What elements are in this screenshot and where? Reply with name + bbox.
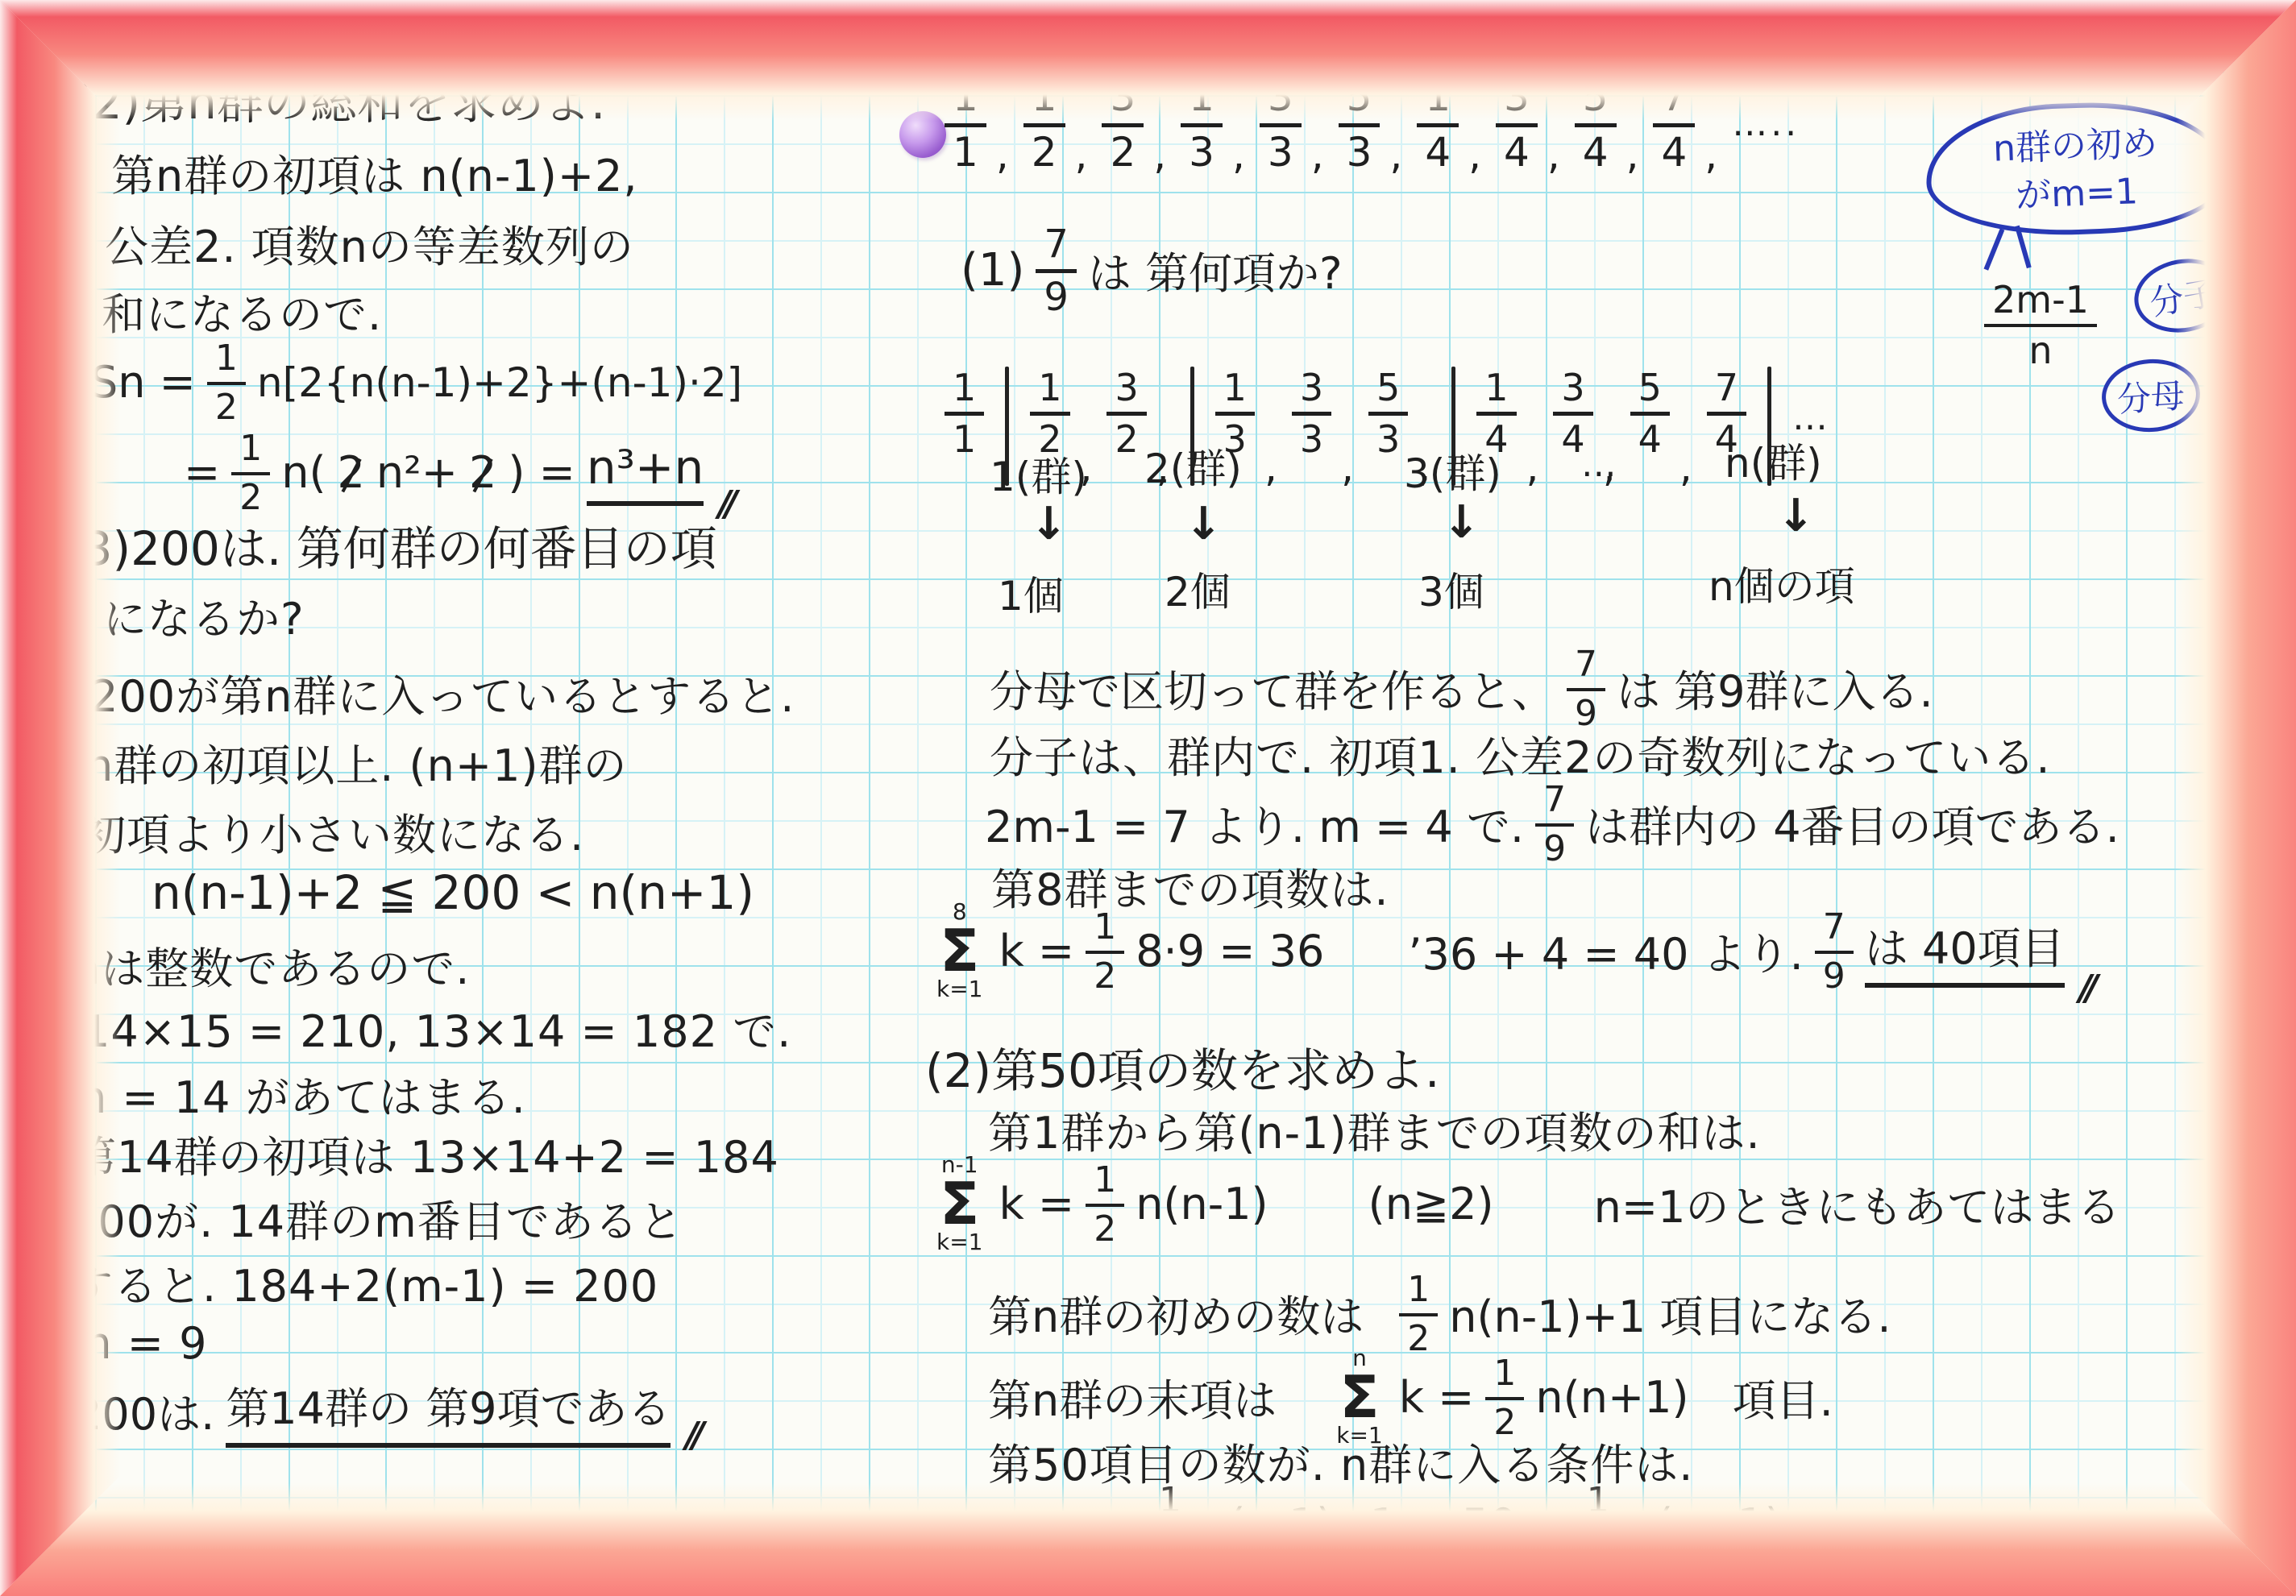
left-heading-2: (2)第n群の総和を求めよ. (74, 64, 605, 132)
l2-text-a: 第n群の初めの数は (988, 1283, 1364, 1345)
down-arrow-icon: ↓ (1030, 498, 1068, 550)
left-heading-3: (3)200は. 第何群の何番目の項 (64, 511, 717, 578)
fraction: 12 (1023, 74, 1065, 173)
fraction: 53 (1339, 74, 1381, 173)
general-term-fraction: 2m-1n (1984, 279, 2097, 371)
summation-sigma: n-1Σk=1 (936, 1154, 983, 1254)
cancelled-two: 2 (469, 447, 496, 498)
fraction: 33 (1292, 367, 1331, 459)
fraction: 74 (1653, 74, 1695, 173)
left-line: 200が. 14群のm番目であると (69, 1188, 683, 1250)
fraction: 13 (1181, 74, 1223, 173)
qed-slashes: // (718, 483, 731, 524)
sn-eq: k = (999, 1179, 1075, 1229)
left-line: になるか? (103, 585, 305, 647)
sn-rest: n(n-1) (1136, 1179, 1268, 1229)
legend-count-2: 2個 (1165, 560, 1231, 618)
fraction: 32 (1102, 74, 1144, 173)
speech-bubble-note: n群の初め がm=1 (1924, 98, 2227, 240)
sn-lhs: Sn = (90, 357, 196, 408)
question-1: (1) 79 は 第何項か? (961, 222, 1343, 318)
fraction: 12 (207, 338, 246, 426)
sn-rhs: n[2{n(n-1)+2}+(n-1)·2] (257, 359, 742, 406)
legend-count-1: 1個 (998, 564, 1064, 622)
sn-note: n=1のときにもあてはまる (1594, 1173, 2121, 1235)
s8-conclusion-underlined: は 40項目 (1865, 914, 2065, 988)
fraction-sequence-row1: 11, 12, 32, 13, 33, 53, 14, 34, 54, 74, … (945, 74, 1800, 173)
l2-text-b: n(n-1)+1 項目になる. (1449, 1283, 1891, 1345)
conclusion-underlined: 第14群の 第9項である (226, 1374, 671, 1448)
fraction: 33 (1260, 74, 1302, 173)
inequality-200: n(n-1)+2 ≦ 200 < n(n+1) (152, 865, 754, 920)
s2-rest: n(n+1) (1535, 1372, 1688, 1423)
final-inequality: 12 n(n-1)+1 ≦ 50 ≦ 12 n(n+1) (1151, 1481, 1782, 1569)
legend-ellipsis: ⋯ (1581, 453, 1620, 494)
left-line: 14×15 = 210, 13×14 = 182 で. (82, 997, 791, 1059)
fraction: 34 (1496, 74, 1538, 173)
sn2-part: n²+ (376, 447, 458, 498)
l3-text-a: 第n群の末項は (988, 1366, 1277, 1428)
para-numerator-odd-sequence: 分子は、群内で. 初項1. 公差2の奇数列になっている. (990, 723, 2051, 786)
left-line: 第n群の初項は n(n-1)+2, (111, 142, 638, 204)
s8-conclusion-a: ’36 + 4 = 40 より. (1408, 920, 1803, 982)
fraction: 12 (1086, 907, 1124, 995)
frame-edge-right (2175, 0, 2296, 1596)
p1-text-b: は 第9群に入る. (1617, 657, 1933, 719)
s8-rest: 8·9 = 36 (1136, 926, 1324, 976)
comma: , (1232, 131, 1245, 178)
formula-sn-line2: = 12 n(2n²+2) = n³+n // (184, 429, 731, 516)
left-line: 和になるので. (102, 280, 382, 342)
fraction: 54 (1630, 367, 1670, 459)
legend-group-3: 3(群) (1404, 441, 1501, 500)
comma: , (996, 131, 1009, 178)
para-denominator-groups: 分母で区切って群を作ると、 79 は 第9群に入る. (990, 645, 1933, 732)
left-line: 初項より小さい数になる. (82, 801, 584, 863)
down-arrow-icon: ↓ (1443, 496, 1480, 549)
comma: , (1264, 444, 1277, 491)
comma: , (1153, 131, 1166, 178)
down-arrow-icon: ↓ (1777, 490, 1815, 542)
comma: , (1389, 131, 1402, 178)
qed-slashes: // (2079, 968, 2092, 1009)
comma: , (1468, 131, 1481, 178)
q1-label: (1) (961, 244, 1024, 296)
legend-count-n: n個の項 (1709, 554, 1855, 612)
left-line: 200が第n群に入っているとすると. (90, 662, 795, 724)
q2-first-number-line: 第n群の初めの数は 12 n(n-1)+1 項目になる. (988, 1270, 1891, 1358)
fraction: 14 (1417, 74, 1459, 173)
comma: , (1311, 131, 1324, 178)
left-line: 公差2. 項数nの等差数列の (105, 213, 634, 275)
fraction: 79 (1567, 645, 1605, 732)
comma: , (1679, 444, 1692, 491)
purple-bullet-sphere-icon (899, 111, 946, 158)
left-line: n = 14 があてはまる. (79, 1063, 526, 1125)
fraction: 53 (1368, 367, 1408, 459)
comma: , (1626, 131, 1639, 178)
fraction: 12 (1579, 1481, 1617, 1569)
conclusion-prefix: 200は. (74, 1380, 214, 1442)
sum-group8-line: 8Σk=1 k = 12 8·9 = 36 ’36 + 4 = 40 より. 7… (936, 901, 2092, 1001)
left-line: n群の初項以上. (n+1)群の (85, 732, 628, 794)
p3-text-b: は群内の 4番目の項である. (1585, 793, 2120, 855)
circled-numerator-label: 分子 (2128, 251, 2238, 340)
fraction: 79 (1535, 780, 1574, 868)
fin-text-2: n(n+1) (1629, 1499, 1782, 1550)
legend-group-n: n(群) (1725, 431, 1822, 489)
result-underlined: n³+n (587, 440, 704, 506)
q1-text: は 第何項か? (1088, 239, 1343, 301)
frame-edge-bottom (0, 1483, 2296, 1596)
sum-n-minus-1-line: n-1Σk=1 k = 12 n(n-1) (n≧2) n=1のときにもあてはま… (936, 1154, 2120, 1254)
fraction: 12 (1399, 1270, 1438, 1358)
left-line: nは整数であるので. (73, 935, 470, 997)
para-2m-1: 2m-1 = 7 より. m = 4 で. 79 は群内の 4番目の項である. (985, 780, 2120, 868)
left-line: 第14群の初項は 13×14+2 = 184 (73, 1123, 779, 1185)
fraction: 12 (1485, 1353, 1524, 1441)
fraction: 79 (1815, 907, 1854, 995)
summation-sigma: 8Σk=1 (936, 901, 983, 1001)
sn2-part: n( (281, 447, 326, 498)
legend-group-1: 1(群) (990, 445, 1087, 503)
comma: , (1075, 131, 1088, 178)
question-2-heading: (2)第50項の数を求めよ. (925, 1033, 1439, 1101)
p1-text-a: 分母で区切って群を作ると、 (990, 657, 1555, 719)
fraction: 11 (945, 367, 984, 459)
formula-sn-line1: Sn = 12 n[2{n(n-1)+2}+(n-1)·2] (90, 338, 742, 426)
equals-sign: = (184, 447, 220, 498)
legend-count-3: 3個 (1418, 560, 1484, 618)
comma: , (1547, 131, 1560, 178)
fraction: 12 (1086, 1160, 1124, 1248)
s8-eq: k = (999, 926, 1075, 976)
comma: , (1341, 444, 1354, 491)
fraction: 79 (1036, 222, 1077, 318)
left-line: すると. 184+2(m-1) = 200 (69, 1252, 658, 1314)
bubble-line-2: がm=1 (1955, 166, 2198, 222)
fraction: 11 (945, 74, 986, 173)
q2-line-1: 第1群から第(n-1)群までの項数の和は. (988, 1099, 1761, 1161)
bubble-line-1: n群の初め (1953, 118, 2197, 175)
sn-condition: (n≧2) (1368, 1179, 1494, 1229)
fraction: 54 (1575, 74, 1617, 173)
fraction: 34 (1553, 367, 1592, 459)
fraction: 12 (231, 429, 270, 516)
l3-text-b: 項目. (1733, 1366, 1833, 1428)
ellipsis: ….. (1732, 103, 1800, 144)
fraction: 32 (1106, 367, 1146, 459)
s2-eq: k = (1399, 1372, 1475, 1423)
cancelled-two: 2 (338, 447, 365, 498)
left-conclusion: 200は. 第14群の 第9項である // (74, 1374, 699, 1448)
sn2-part: ) = (508, 447, 575, 498)
comma: , (1704, 131, 1717, 178)
fin-text-1: n(n-1)+1 ≦ 50 ≦ (1201, 1499, 1567, 1550)
p3-text-a: 2m-1 = 7 より. m = 4 で. (985, 793, 1524, 855)
fraction: 12 (1151, 1481, 1190, 1569)
notebook-scan-page: (2)第n群の総和を求めよ. 第n群の初項は n(n-1)+2, 公差2. 項数… (0, 0, 2296, 1596)
left-line: m = 9 (69, 1318, 208, 1369)
legend-group-2: 2(群) (1144, 437, 1242, 495)
down-arrow-icon: ↓ (1185, 498, 1223, 550)
qed-slashes: // (685, 1415, 698, 1456)
comma: , (1526, 444, 1539, 491)
circled-denominator-label: 分母 (2099, 356, 2203, 435)
